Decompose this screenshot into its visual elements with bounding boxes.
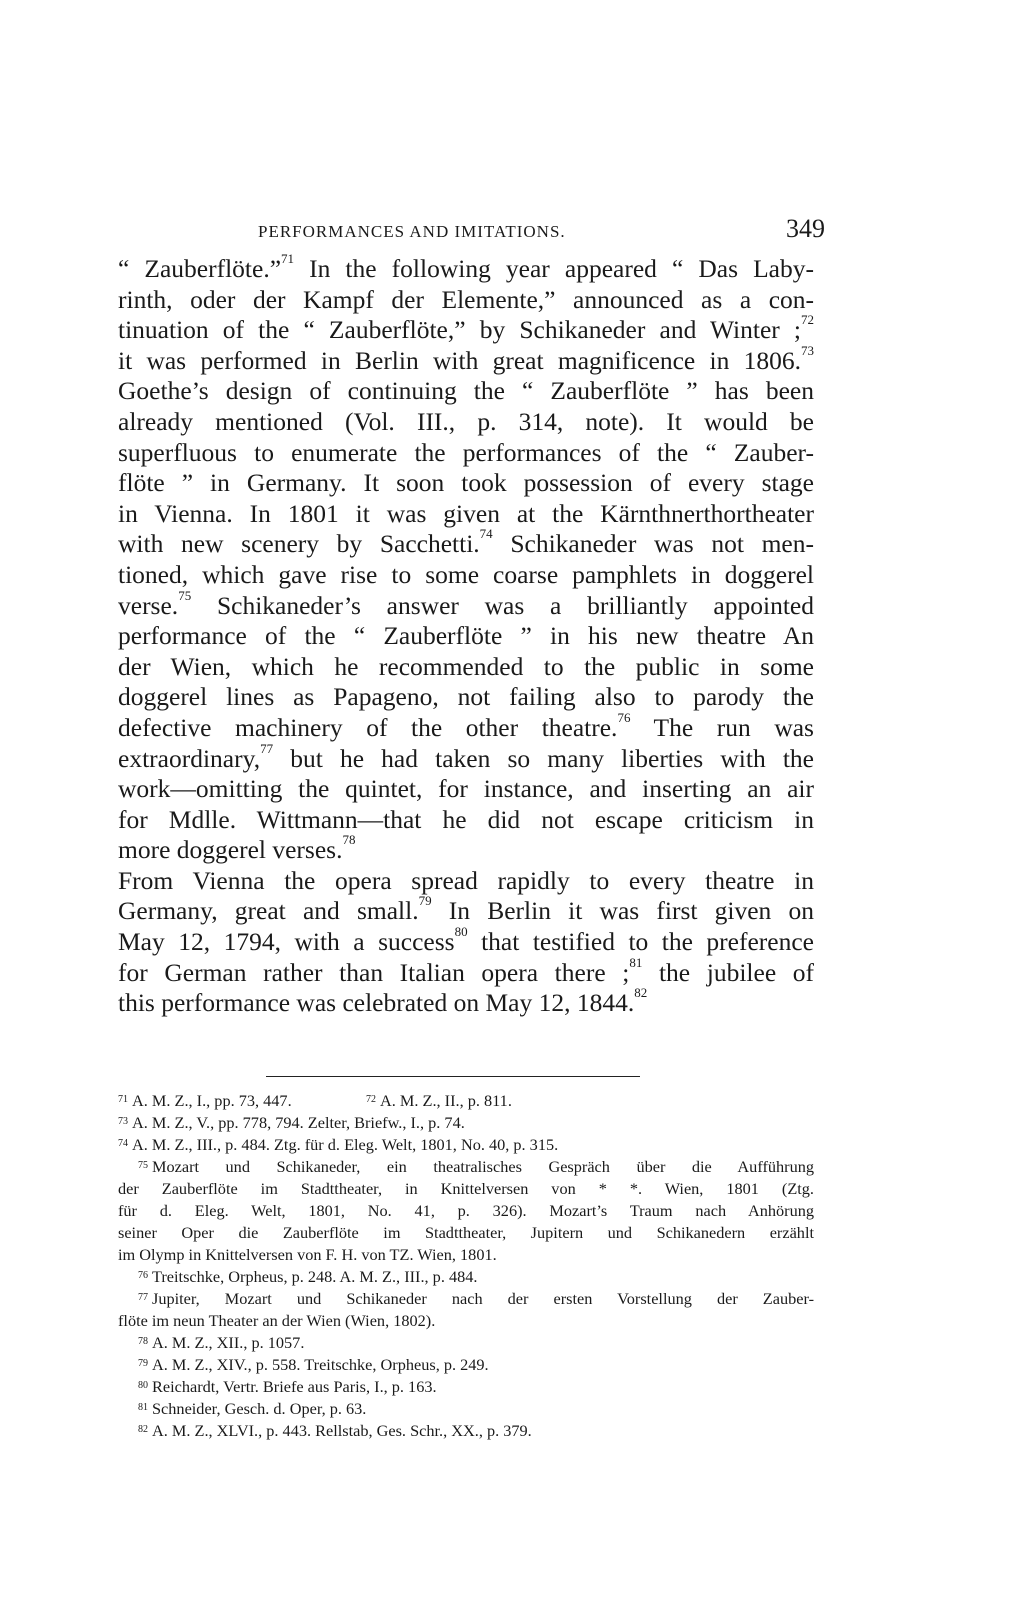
body-line: more doggerel verses.78 (118, 835, 814, 866)
body-line: for German rather than Italian opera the… (118, 958, 814, 989)
footnote-continuation: im Olymp in Knittelversen von F. H. von … (118, 1244, 814, 1266)
body-line: “ Zauberflöte.”71 In the following year … (118, 254, 814, 285)
footnote-ref: 82 (634, 985, 647, 1000)
footnote: 79A. M. Z., XIV., p. 558. Treitschke, Or… (118, 1354, 814, 1376)
footnote: 73A. M. Z., V., pp. 778, 794. Zelter, Br… (118, 1112, 814, 1134)
body-line: verse.75 Schikaneder’s answer was a bril… (118, 591, 814, 622)
footnote: 77Jupiter, Mozart und Schikaneder nach d… (118, 1288, 814, 1310)
body-line: Goethe’s design of continuing the “ Zaub… (118, 376, 814, 407)
footnote-ref: 74 (480, 526, 493, 541)
footnote-continuation: für d. Eleg. Welt, 1801, No. 41, p. 326)… (118, 1200, 814, 1222)
running-title: PERFORMANCES AND IMITATIONS. (258, 222, 566, 242)
body-line: this performance was celebrated on May 1… (118, 988, 814, 1019)
body-text: “ Zauberflöte.”71 In the following year … (118, 254, 814, 1019)
footnote: 75Mozart und Schikaneder, ein theatralis… (118, 1156, 814, 1178)
paragraph-start-line: From Vienna the opera spread rapidly to … (118, 866, 814, 897)
footnote-ref: 78 (342, 832, 355, 847)
body-line: der Wien, which he recommended to the pu… (118, 652, 814, 683)
body-line: superfluous to enumerate the performance… (118, 438, 814, 469)
footnote: 80Reichardt, Vertr. Briefe aus Paris, I.… (118, 1376, 814, 1398)
footnote-continuation: flöte im neun Theater an der Wien (Wien,… (118, 1310, 814, 1332)
body-line: it was performed in Berlin with great ma… (118, 346, 814, 377)
footnote-ref: 75 (178, 588, 191, 603)
footnote: 74A. M. Z., III., p. 484. Ztg. für d. El… (118, 1134, 814, 1156)
footnote: 78A. M. Z., XII., p. 1057. (118, 1332, 814, 1354)
footnote-separator (266, 1076, 640, 1077)
footnote: 82A. M. Z., XLVI., p. 443. Rellstab, Ges… (118, 1420, 814, 1442)
footnote-continuation: der Zauberflöte im Stadttheater, in Knit… (118, 1178, 814, 1200)
body-line: already mentioned (Vol. III., p. 314, no… (118, 407, 814, 438)
body-line: work—omitting the quintet, for instance,… (118, 774, 814, 805)
body-line: in Vienna. In 1801 it was given at the K… (118, 499, 814, 530)
body-line: doggerel lines as Papageno, not failing … (118, 682, 814, 713)
footnote-ref: 73 (801, 343, 814, 358)
footnote: 71A. M. Z., I., pp. 73, 447. 72A. M. Z.,… (118, 1090, 814, 1112)
body-line: defective machinery of the other theatre… (118, 713, 814, 744)
footnote: 81Schneider, Gesch. d. Oper, p. 63. (118, 1398, 814, 1420)
body-line: tinuation of the “ Zauberflöte,” by Schi… (118, 315, 814, 346)
body-line: Germany, great and small.79 In Berlin it… (118, 896, 814, 927)
page-number: 349 (786, 214, 825, 244)
footnote-continuation: seiner Oper die Zauberflöte im Stadtthea… (118, 1222, 814, 1244)
body-line: for Mdlle. Wittmann—that he did not esca… (118, 805, 814, 836)
body-line: with new scenery by Sacchetti.74 Schikan… (118, 529, 814, 560)
body-line: tioned, which gave rise to some coarse p… (118, 560, 814, 591)
body-line: rinth, oder der Kampf der Elemente,” ann… (118, 285, 814, 316)
body-line: flöte ” in Germany. It soon took possess… (118, 468, 814, 499)
body-line: extraordinary,77 but he had taken so man… (118, 744, 814, 775)
footnote-ref: 76 (617, 710, 630, 725)
footnote-ref: 80 (455, 924, 468, 939)
book-page: PERFORMANCES AND IMITATIONS. 349 “ Zaube… (0, 0, 1036, 1600)
footnote: 76Treitschke, Orpheus, p. 248. A. M. Z.,… (118, 1266, 814, 1288)
footnote-ref: 77 (260, 741, 273, 756)
footnote-ref: 81 (629, 955, 642, 970)
body-line: performance of the “ Zauberflöte ” in hi… (118, 621, 814, 652)
footnote-ref: 71 (281, 251, 294, 266)
footnote-ref: 72 (801, 312, 814, 327)
body-line: May 12, 1794, with a success80 that test… (118, 927, 814, 958)
footnotes: 71A. M. Z., I., pp. 73, 447. 72A. M. Z.,… (118, 1090, 814, 1442)
footnote-ref: 79 (419, 893, 432, 908)
